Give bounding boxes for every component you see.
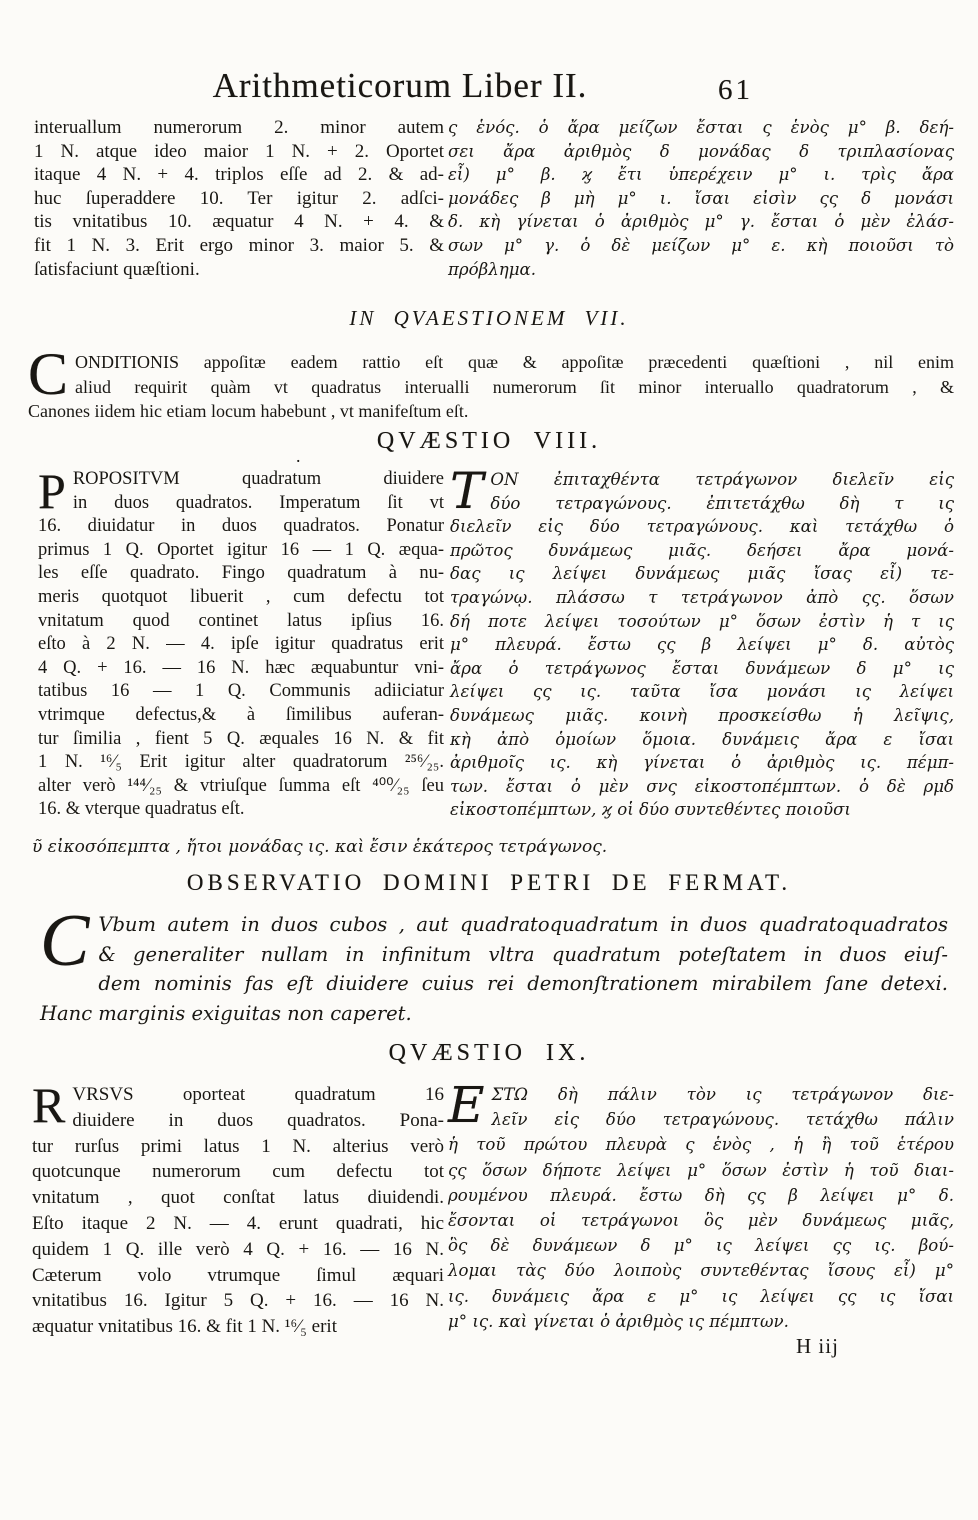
text-line: ROPOSITVM quadratum diuidere: [38, 468, 444, 492]
text-line: 1 N. atque ideo maior 1 N. + 2. Oportet: [34, 140, 444, 164]
text-line: δας ις λείψει δυνάμεως μιᾶς ἴσας εἶ) τε-: [450, 562, 954, 586]
text-line: δή ποτε λείψει τοσούτων μ° ὅσων ἐστὶν ἡ …: [450, 610, 954, 634]
text-line: λείψει ςς ις. ταῦτα ἴσα μονάσι ις λείψει: [450, 680, 954, 704]
text-line: μ° πλευρά. ἔστω ςς β λείψει μ° δ. αὐτὸς: [450, 633, 954, 657]
text-line: ΟΝ ἐπιταχθέντα τετράγωνον διελεῖν εἰς: [450, 468, 954, 492]
text-line: meris quotquot libuerit , cum defectu to…: [38, 586, 444, 610]
text-line: εἶ) μ° β. ϗ ἔτι ὑπερέχειν μ° ι. τρὶς ἄρα: [448, 163, 954, 187]
heading-in-quaestionem-vii: IN QVAESTIONEM VII.: [0, 306, 978, 331]
text-line: aliud requirit quàm vt quadratus interua…: [28, 375, 954, 400]
text-line: les eſſe quadrato. Fingo quadratum à nu-: [38, 562, 444, 586]
text-line: Canones iidem hic etiam locum habebunt ,…: [28, 399, 954, 424]
text-line: μ° ις. καὶ γίνεται ὁ ἀριθμὸς ις πέμπτων.: [448, 1309, 954, 1334]
quaestio-ix-greek-column: Ε ΣΤΩ δὴ πάλιν τὸν ις τετράγωνον διε-λεῖ…: [448, 1082, 954, 1334]
conditionis-lines: ONDITIONIS appoſitæ eadem rattio eſt quæ…: [28, 350, 954, 424]
quaestio-ix-latin-column: R VRSVS oporteat quadratum 16diuidere in…: [32, 1082, 444, 1340]
top-latin-column: interuallum numerorum 2. minor autem1 N.…: [34, 116, 444, 281]
drop-cap-epsilon: Ε: [448, 1082, 492, 1126]
text-line: πρῶτος δυνάμεως μιᾶς. δεήσει ἄρα μονά-: [450, 539, 954, 563]
text-line: dem nominis fas eſt diuidere cuius rei d…: [40, 969, 948, 999]
text-line: tur rurſus primi latus 1 N. alterius ver…: [32, 1134, 444, 1160]
quaestio-viii-latin-lines: ROPOSITVM quadratum diuiderein duos quad…: [38, 468, 444, 822]
drop-cap-c: C: [28, 350, 75, 397]
text-line: tis vnitatibus 10. æquatur 4 N. + 4. &: [34, 210, 444, 234]
text-line: εἰκοστοπέμπτων, ϗ οἱ δύο συντεθέντες ποι…: [450, 798, 954, 822]
quaestio-viii-spanning-line: ῦ εἰκοσόπεμπτα , ἤτοι μονάδας ις. καὶ ἔσ…: [32, 836, 954, 860]
text-line: 16. diuidatur in duos quadratos. Ponatur: [38, 515, 444, 539]
text-line: fit 1 N. 3. Erit ergo minor 3. maior 5. …: [34, 234, 444, 258]
quaestio-ix-latin-lines: VRSVS oporteat quadratum 16diuidere in d…: [32, 1082, 444, 1340]
text-line: δύο τετραγώνους. ἐπιτετάχθω δὴ τ ις: [450, 492, 954, 516]
text-line: ἡ τοῦ πρώτου πλευρὰ ς ἑνὸς , ἡ ἢ τοῦ ἑτέ…: [448, 1132, 954, 1157]
text-line: quotcunque numerorum cum defectu tot: [32, 1159, 444, 1185]
text-line: διελεῖν εἰς δύο τετραγώνους. καὶ τετάχθω…: [450, 515, 954, 539]
text-line: interuallum numerorum 2. minor autem: [34, 116, 444, 140]
text-line: vnitatum , quot conſtat latus diuidendi.: [32, 1185, 444, 1211]
drop-cap-p: P: [38, 468, 73, 512]
text-line: 4 Q. + 16. — 16 N. hæc æquabuntur vni-: [38, 657, 444, 681]
text-line: ἀριθμοῖς ις. κὴ γίνεται ὁ ἀριθμὸς ις. πέ…: [450, 751, 954, 775]
text-line: λεῖν εἰς δύο τετραγώνους. τετάχθω πάλιν: [448, 1107, 954, 1132]
quaestio-viii-latin-column: P ROPOSITVM quadratum diuiderein duos qu…: [38, 468, 444, 822]
text-line: λομαι τὰς δύο λοιποὺς συντεθέντας ἴσους …: [448, 1258, 954, 1283]
quaestio-ix-greek-lines: ΣΤΩ δὴ πάλιν τὸν ις τετράγωνον διε-λεῖν …: [448, 1082, 954, 1334]
text-line: ρουμένου πλευρά. ἔστω δὴ ςς β λείψει μ° …: [448, 1183, 954, 1208]
text-line: κὴ ἀπὸ ὁμοίων ὅμοια. δυνάμεις ἄρα ε ἴσαι: [450, 728, 954, 752]
text-line: primus 1 Q. Oportet igitur 16 — 1 Q. æqu…: [38, 539, 444, 563]
text-line: 16. & vterque quadratus eſt.: [38, 798, 444, 822]
text-line: quidem 1 Q. ille verò 4 Q. + 16. — 16 N.: [32, 1237, 444, 1263]
page-number: 61: [718, 74, 753, 107]
text-line: δυνάμεως μιᾶς. κοινὴ προσκείσθω ἡ λεῖψις…: [450, 704, 954, 728]
text-line: Vbum autem in duos cubos , aut quadratoq…: [40, 910, 948, 940]
heading-observatio-fermat: OBSERVATIO DOMINI PETRI DE FERMAT.: [0, 870, 978, 896]
text-line: ςς ὅσων δήποτε λείψει μ° ὅσων ἐστὶν ἡ το…: [448, 1158, 954, 1183]
text-line: & generaliter nullam in infinitum vltra …: [40, 940, 948, 970]
drop-cap-c-fermat: C: [40, 910, 98, 970]
text-line: in duos quadratos. Imperatum ſit vt: [38, 492, 444, 516]
text-line: μονάδες β μὴ μ° ι. ἴσαι εἰσὶν ςς δ μονάσ…: [448, 187, 954, 211]
text-line: δ. κὴ γίνεται ὁ ἀριθμὸς μ° γ. ἔσται ὁ μὲ…: [448, 210, 954, 234]
text-line: Hanc marginis exiguitas non caperet.: [40, 999, 948, 1029]
running-head-title: Arithmeticorum Liber II.: [130, 66, 670, 106]
text-line: eſto à 2 N. — 4. ipſe igitur quadratus e…: [38, 633, 444, 657]
quaestio-viii-greek-lines: ΟΝ ἐπιταχθέντα τετράγωνον διελεῖν εἰςδύο…: [450, 468, 954, 822]
drop-cap-r: R: [32, 1082, 72, 1126]
text-line: tatibus 16 — 1 Q. Communis adiiciatur: [38, 680, 444, 704]
text-line: æquatur vnitatibus 16. & fit 1 N. ¹⁶⁄₅ e…: [32, 1314, 444, 1340]
conditionis-paragraph: C ONDITIONIS appoſitæ eadem rattio eſt q…: [28, 350, 954, 424]
quaestio-viii-greek-column: Τ ΟΝ ἐπιταχθέντα τετράγωνον διελεῖν εἰςδ…: [450, 468, 954, 822]
top-greek-column: ς ἑνός. ὁ ἄρα μείζων ἔσται ς ἑνὸς μ° β. …: [448, 116, 954, 281]
fermat-observation-paragraph: C Vbum autem in duos cubos , aut quadrat…: [40, 910, 948, 1028]
text-line: vtrimque defectus,& à ſimilibus auferan-: [38, 704, 444, 728]
text-line: ONDITIONIS appoſitæ eadem rattio eſt quæ…: [28, 350, 954, 375]
heading-quaestio-ix: QVÆSTIO IX.: [0, 1040, 978, 1067]
text-line: huc ſuperaddere 10. Ter igitur 2. adſci-: [34, 187, 444, 211]
text-line: πρόβλημα.: [448, 258, 954, 282]
text-line: ὃς δὲ δυνάμεων δ μ° ις λείψει ςς ις. βού…: [448, 1233, 954, 1258]
text-line: 1 N. ¹⁶⁄₅ Erit igitur alter quadratorum …: [38, 751, 444, 775]
text-line: ſatisfaciunt quæſtioni.: [34, 258, 444, 282]
fermat-observation-lines: Vbum autem in duos cubos , aut quadratoq…: [40, 910, 948, 1028]
text-line: ς ἑνός. ὁ ἄρα μείζων ἔσται ς ἑνὸς μ° β. …: [448, 116, 954, 140]
signature-mark: H iij: [796, 1334, 839, 1359]
text-line: vnitatum quod continet latus ipſius 16.: [38, 610, 444, 634]
book-page: Arithmeticorum Liber II. 61 interuallum …: [0, 0, 978, 1520]
text-line: tur ſimilia , fient 5 Q. æquales 16 N. &…: [38, 728, 444, 752]
text-line: Eſto itaque 2 N. — 4. erunt quadrati, hi…: [32, 1211, 444, 1237]
text-line: ἄρα ὁ τετράγωνος ἔσται δυνάμεων δ μ° ις: [450, 657, 954, 681]
text-line: Cæterum volo vtrumque ſimul æquari: [32, 1263, 444, 1289]
text-line: σων μ° γ. ὁ δὲ μείζων μ° ε. κὴ ποιοῦσι τ…: [448, 234, 954, 258]
drop-cap-tau: Τ: [450, 468, 490, 512]
text-line: itaque 4 N. + 4. triplos eſſe ad 2. & ad…: [34, 163, 444, 187]
text-line: ἔσονται οἱ τετράγωνοι ὃς μὲν δυνάμεως μι…: [448, 1208, 954, 1233]
text-line: ις. δυνάμεις ἄρα ε μ° ις λείψει ςς ις ἴσ…: [448, 1284, 954, 1309]
text-line: σει ἄρα ἀριθμὸς δ μονάδας δ τριπλασίονας: [448, 140, 954, 164]
text-line: alter verò ¹⁴⁴⁄₂₅ & vtriuſque ſumma eſt …: [38, 775, 444, 799]
text-line: VRSVS oporteat quadratum 16: [32, 1082, 444, 1108]
text-line: τραγώνῳ. πλάσσω τ τετράγωνον ἀπὸ ςς. ὅσω…: [450, 586, 954, 610]
text-line: diuidere in duos quadratos. Pona-: [32, 1108, 444, 1134]
text-line: των. ἔσται ὁ μὲν σνς εἰκοστοπέμπτων. ὁ δ…: [450, 775, 954, 799]
text-line: vnitatibus 16. Igitur 5 Q. + 16. — 16 N.: [32, 1288, 444, 1314]
text-line: ΣΤΩ δὴ πάλιν τὸν ις τετράγωνον διε-: [448, 1082, 954, 1107]
heading-quaestio-viii: QVÆSTIO VIII.: [0, 428, 978, 455]
